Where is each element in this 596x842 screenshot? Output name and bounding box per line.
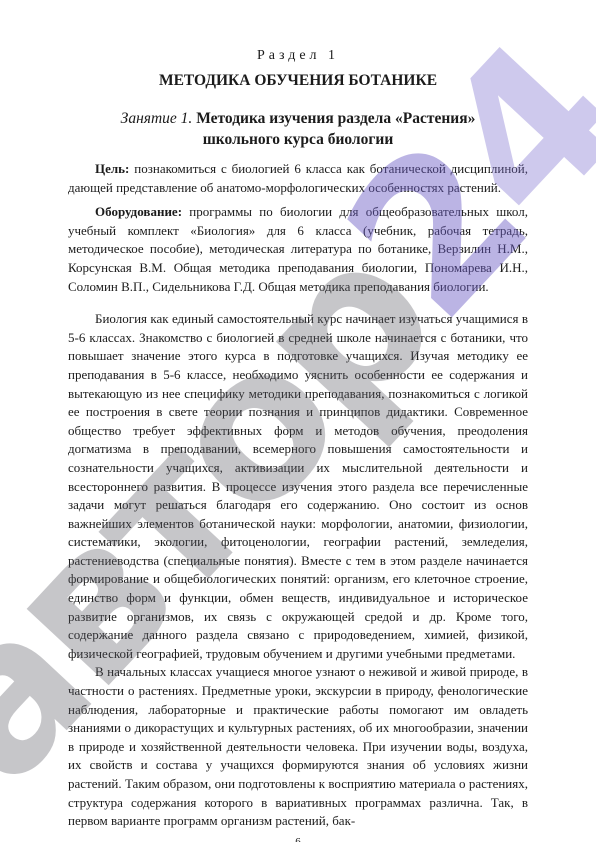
lesson-title: Методика изучения раздела «Растения» xyxy=(196,110,475,127)
body-paragraph-1: Биология как единый самостоятельный курс… xyxy=(68,310,528,663)
section-title: МЕТОДИКА ОБУЧЕНИЯ БОТАНИКЕ xyxy=(68,71,528,90)
equipment-label: Оборудование: xyxy=(95,204,182,219)
body-paragraph-2: В начальных классах учащиеся многое узна… xyxy=(68,663,528,830)
goal-text: познакомиться с биологией 6 класса как б… xyxy=(68,161,528,195)
page-number: 6 xyxy=(68,836,528,842)
goal-label: Цель: xyxy=(95,161,129,176)
lesson-title-line2: школьного курса биологии xyxy=(68,129,528,150)
lesson-heading-line1: Занятие 1. Методика изучения раздела «Ра… xyxy=(121,110,476,127)
lesson-heading: Занятие 1. Методика изучения раздела «Ра… xyxy=(68,108,528,150)
section-label: Раздел 1 xyxy=(68,48,528,64)
equipment-paragraph: Оборудование: программы по биологии для … xyxy=(68,203,528,296)
document-page: Раздел 1 МЕТОДИКА ОБУЧЕНИЯ БОТАНИКЕ Заня… xyxy=(0,0,596,842)
page-content: Раздел 1 МЕТОДИКА ОБУЧЕНИЯ БОТАНИКЕ Заня… xyxy=(68,0,528,842)
goal-paragraph: Цель: познакомиться с биологией 6 класса… xyxy=(68,160,528,197)
lesson-number: Занятие 1. xyxy=(121,110,193,127)
